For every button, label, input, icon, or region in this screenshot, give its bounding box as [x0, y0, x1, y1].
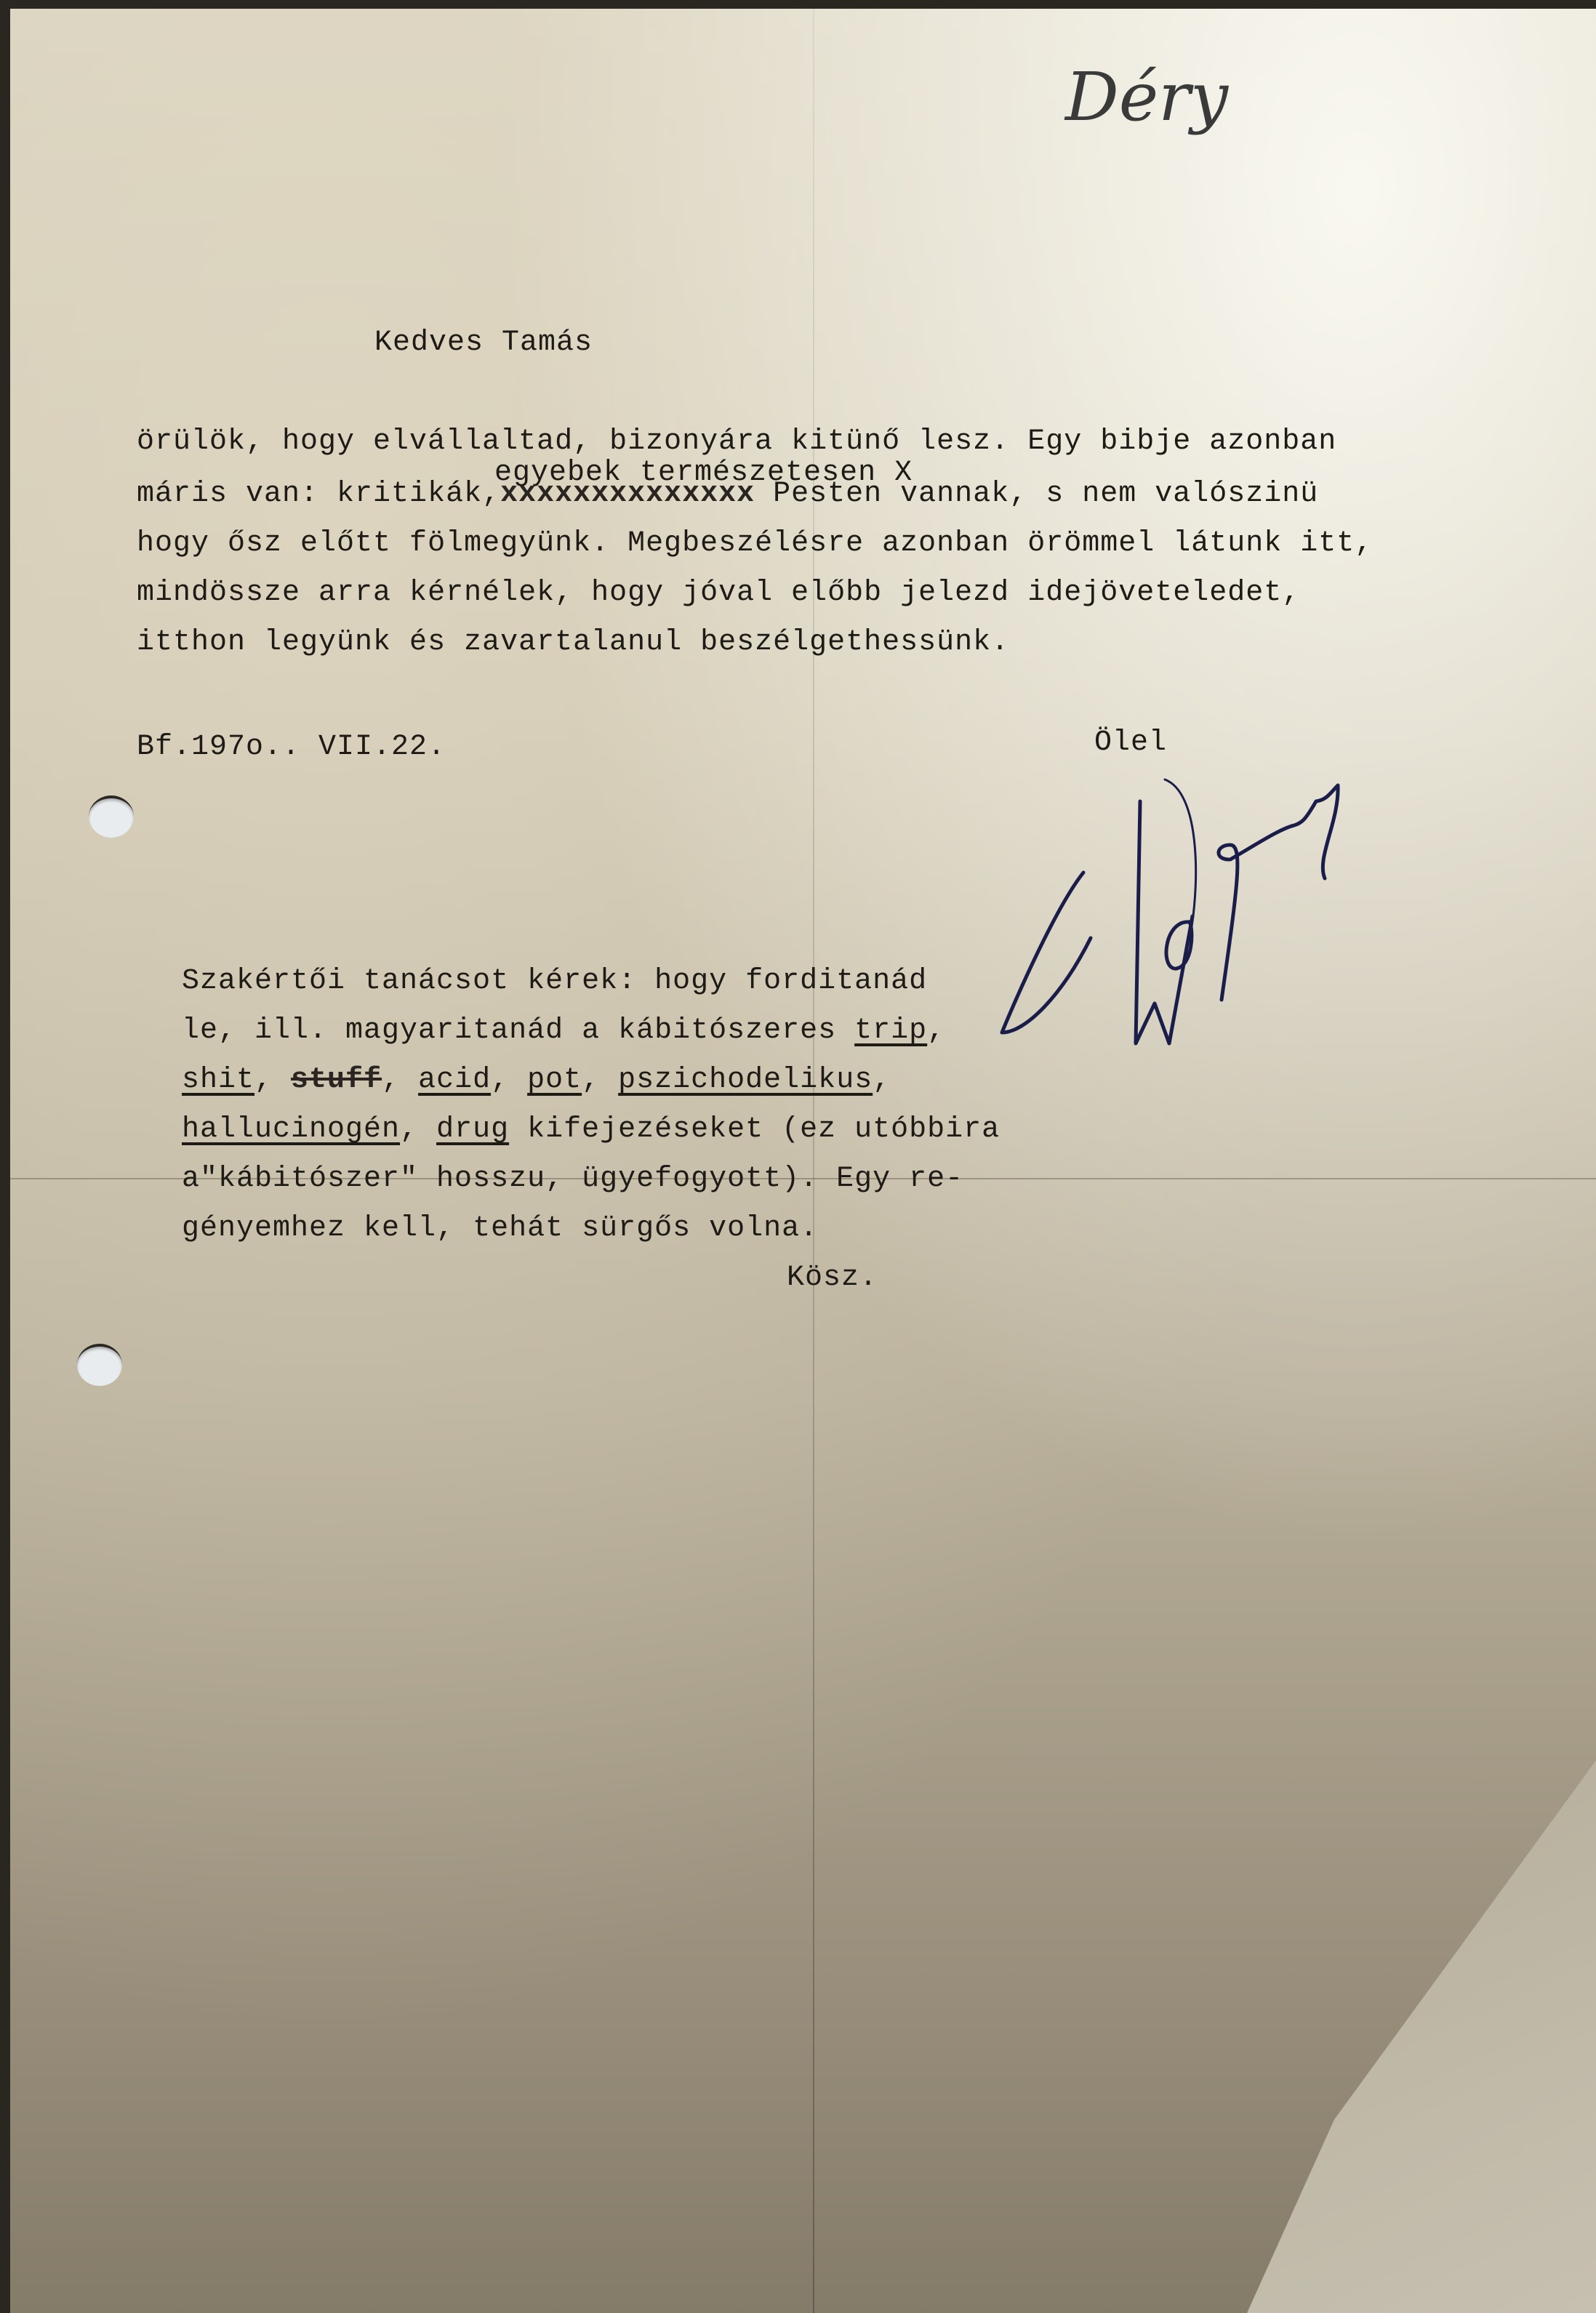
- ps-line-2: le, ill. magyaritanád a kábitószeres tri…: [182, 1017, 945, 1046]
- term-acid: acid: [418, 1064, 491, 1097]
- struck-out-text: xxxxxxxxxxxxxx: [500, 478, 755, 510]
- body-line-2-end: Pesten vannak, s nem valószinü: [755, 478, 1318, 510]
- folded-corner: [1247, 1760, 1596, 2313]
- body-line-1: örülök, hogy elvállaltad, bizonyára kitü…: [137, 428, 1336, 457]
- body-line-2: máris van: kritikák,xxxxxxxxxxxxxx Peste…: [137, 480, 1318, 509]
- term-stuff-struck: stuff: [291, 1064, 382, 1097]
- letter-paper: [10, 9, 1596, 2313]
- punch-hole-bottom: [77, 1344, 122, 1386]
- ps-line-3: shit, stuff, acid, pot, pszichodelikus,: [182, 1066, 891, 1095]
- salutation: Kedves Tamás: [374, 329, 593, 358]
- term-trip: trip: [854, 1014, 927, 1047]
- ps-line-4-end: kifejezéseket (ez utóbbira: [509, 1113, 1000, 1146]
- ps-line-5: a"kábitószer" hosszu, ügyefogyott). Egy …: [182, 1165, 963, 1194]
- ps-line-4: hallucinogén, drug kifejezéseket (ez utó…: [182, 1115, 1000, 1145]
- term-shit: shit: [182, 1064, 254, 1097]
- handwritten-annotation: Déry: [1065, 58, 1228, 136]
- body-line-4: mindössze arra kérnélek, hogy jóval előb…: [137, 579, 1300, 608]
- term-drug: drug: [436, 1113, 509, 1146]
- closing: Ölel: [1094, 729, 1167, 758]
- ps-line-6: gényemhez kell, tehát sürgős volna.: [182, 1214, 818, 1243]
- place-date: Bf.197o.. VII.22.: [137, 733, 446, 762]
- term-pszichodelikus: pszichodelikus: [618, 1064, 873, 1097]
- body-line-2-start: máris van: kritikák,: [137, 478, 500, 510]
- term-hallucinogen: hallucinogén: [182, 1113, 400, 1146]
- term-pot: pot: [527, 1064, 582, 1097]
- ps-line-2-start: le, ill. magyaritanád a kábitószeres: [182, 1014, 854, 1047]
- body-line-5: itthon legyünk és zavartalanul beszélget…: [137, 628, 1009, 657]
- signature: [982, 763, 1418, 1069]
- ps-line-1: Szakértői tanácsot kérek: hogy forditaná…: [182, 967, 927, 996]
- vertical-fold-crease: [813, 9, 814, 2313]
- body-line-3: hogy ősz előtt fölmegyünk. Megbeszélésre…: [137, 529, 1373, 558]
- thanks: Kösz.: [787, 1264, 878, 1293]
- punch-hole-top: [89, 795, 134, 838]
